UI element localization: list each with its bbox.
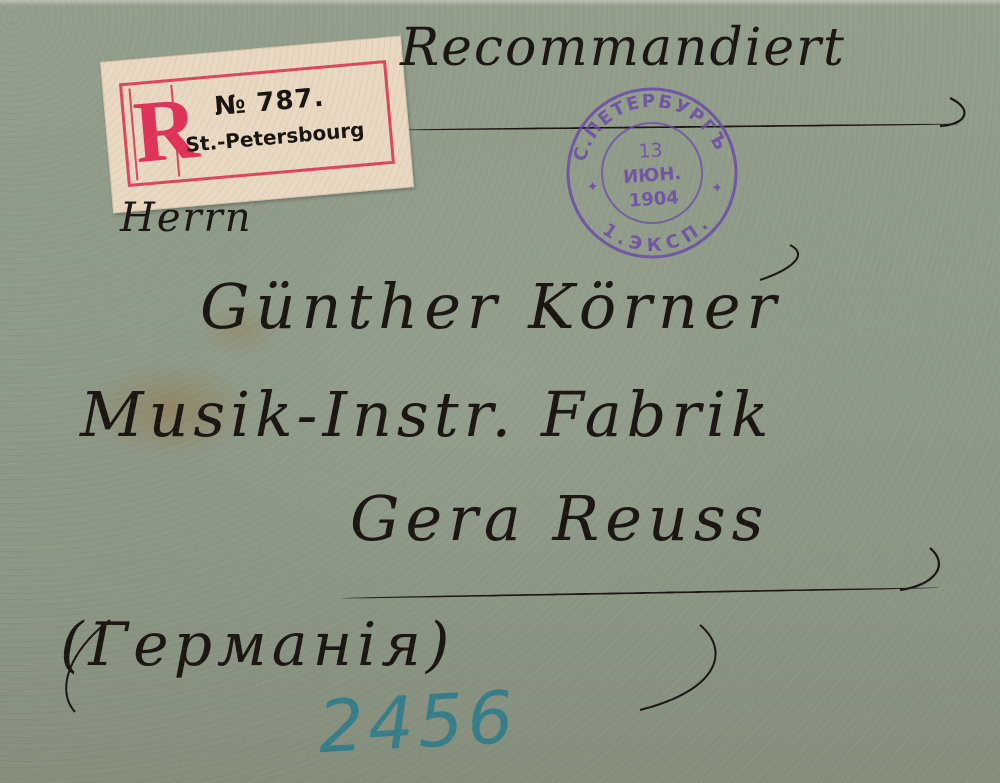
recipient-city: Gera Reuss	[350, 482, 769, 555]
postmark-stamp: С.ПЕТЕРБУРГЪ 1.ЭКСП. ✦ ✦ 13 ИЮН. 1904	[556, 79, 748, 266]
registration-r-letter: R	[128, 85, 180, 180]
salutation: Herrn	[120, 195, 253, 241]
registration-number: № 787.	[213, 83, 326, 123]
pencil-number: 2456	[316, 675, 519, 769]
city-underline	[340, 587, 940, 599]
envelope: R № 787. St.-Petersbourg С.ПЕТЕРБУРГЪ 1.…	[0, 0, 1000, 783]
svg-text:1.ЭКСП.: 1.ЭКСП.	[597, 212, 716, 260]
recipient-company: Musik-Instr. Fabrik	[80, 378, 773, 451]
postmark-month: ИЮН.	[622, 163, 681, 188]
postmark-star-left: ✦	[586, 179, 599, 196]
postmark-day: 13	[638, 139, 664, 163]
envelope-top-edge	[0, 0, 1000, 6]
registration-label-frame: R № 787. St.-Petersbourg	[119, 60, 395, 187]
recipient-name: Günther Körner	[200, 270, 782, 343]
postmark-year: 1904	[628, 187, 679, 211]
postmark-star-right: ✦	[711, 180, 724, 197]
service-note-recommandiert: Recommandiert	[400, 18, 846, 78]
registration-label: R № 787. St.-Petersbourg	[100, 36, 414, 214]
recipient-country: (Германія)	[60, 610, 454, 680]
postmark-bottom-text: 1.ЭКСП.	[597, 212, 716, 260]
registration-city: St.-Petersbourg	[185, 117, 366, 157]
